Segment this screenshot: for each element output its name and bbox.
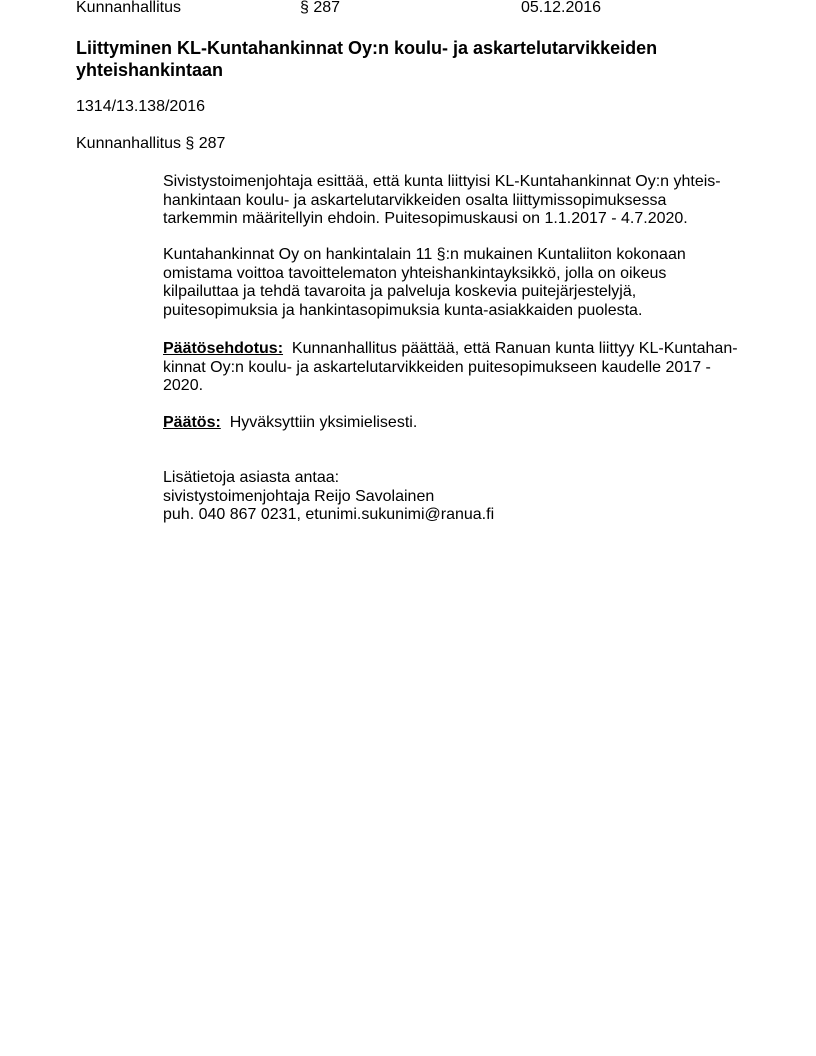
contact-line: Lisätietoja asiasta antaa:	[163, 469, 753, 488]
title-line-2: yhteishankintaan	[76, 59, 756, 81]
header-date: 05.12.2016	[521, 0, 601, 18]
decision-line: Päätös: Hyväksyttiin yksimielisesti.	[163, 414, 753, 433]
background-line: kilpailuttaa ja tehdä tavaroita ja palve…	[163, 283, 753, 302]
proposal-line: 2020.	[163, 377, 753, 396]
contact-line: puh. 040 867 0231, etunimi.sukunimi@ranu…	[163, 506, 753, 525]
background-line: Kuntahankinnat Oy on hankintalain 11 §:n…	[163, 246, 753, 265]
intro-line: hankintaan koulu- ja askartelutarvikkeid…	[163, 192, 753, 211]
title-line-1: Liittyminen KL-Kuntahankinnat Oy:n koulu…	[76, 37, 756, 59]
document-title: Liittyminen KL-Kuntahankinnat Oy:n koulu…	[76, 37, 756, 81]
background-paragraph: Kuntahankinnat Oy on hankintalain 11 §:n…	[163, 246, 753, 320]
background-line: puitesopimuksia ja hankintasopimuksia ku…	[163, 302, 753, 321]
intro-line: Sivistystoimenjohtaja esittää, että kunt…	[163, 173, 753, 192]
contact-info: Lisätietoja asiasta antaa: sivistystoime…	[163, 469, 753, 525]
intro-paragraph: Sivistystoimenjohtaja esittää, että kunt…	[163, 173, 753, 229]
decision-proposal: Päätösehdotus: Kunnanhallitus päättää, e…	[163, 340, 753, 396]
proposal-text: Kunnanhallitus päättää, että Ranuan kunt…	[292, 340, 738, 357]
intro-line: tarkemmin määritellyin ehdoin. Puitesopi…	[163, 210, 753, 229]
decision-label: Päätös:	[163, 414, 221, 431]
proposal-label: Päätösehdotus:	[163, 340, 283, 357]
header-body-name: Kunnanhallitus	[76, 0, 181, 18]
decision-text: Hyväksyttiin yksimielisesti.	[230, 414, 418, 431]
header-section-number: § 287	[300, 0, 340, 18]
section-reference: Kunnanhallitus § 287	[76, 135, 225, 153]
document-header: Kunnanhallitus § 287 05.12.2016	[76, 0, 776, 18]
background-line: omistama voittoa tavoittelematon yhteish…	[163, 265, 753, 284]
proposal-line: kinnat Oy:n koulu- ja askartelutarvikkei…	[163, 359, 753, 378]
diary-number: 1314/13.138/2016	[76, 98, 205, 116]
decision: Päätös: Hyväksyttiin yksimielisesti.	[163, 414, 753, 433]
contact-line: sivistystoimenjohtaja Reijo Savolainen	[163, 488, 753, 507]
proposal-line: Päätösehdotus: Kunnanhallitus päättää, e…	[163, 340, 753, 359]
